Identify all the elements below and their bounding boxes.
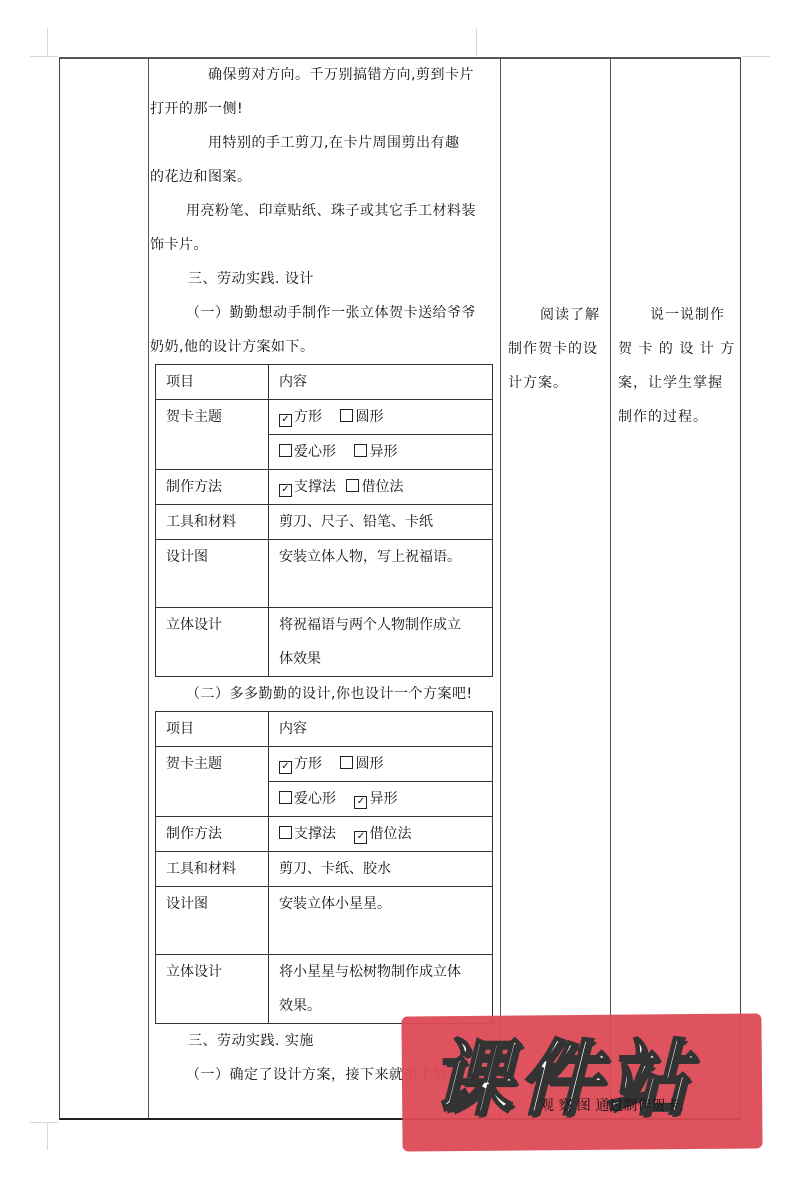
design-intent-line: 案，让学生掌握 <box>618 366 736 400</box>
page-corner-mark <box>476 28 477 56</box>
diagram-label: 设计图 <box>156 540 269 608</box>
theme-label: 贺卡主题 <box>156 400 269 470</box>
option-heart[interactable]: 爱心形 <box>279 444 336 460</box>
column-divider <box>500 59 501 1118</box>
checkbox-empty-icon <box>340 409 353 422</box>
design-intent-line: 贺 卡 的 设 计 方 <box>618 332 736 366</box>
checkbox-empty-icon <box>346 479 359 492</box>
bottom-overlap-text: 观 察 图 通过制作贺卡, <box>540 1096 684 1116</box>
option-support[interactable]: 支撑法 <box>279 826 336 842</box>
option-round[interactable]: 圆形 <box>340 756 383 772</box>
option-borrow[interactable]: ✓借位法 <box>354 826 411 842</box>
three-d-label: 立体设计 <box>156 608 269 677</box>
paragraph: 打开的那一侧! <box>148 92 500 126</box>
student-activity-column: 阅读了解 制作贺卡的设 计方案。 <box>508 298 604 400</box>
option-heart[interactable]: 爱心形 <box>279 791 336 807</box>
method-label: 制作方法 <box>156 817 269 852</box>
paragraph: 饰卡片。 <box>148 228 500 262</box>
three-d-value-line: 将祝福语与两个人物制作成立 <box>279 608 482 642</box>
student-activity-line: 制作贺卡的设 <box>508 332 604 366</box>
checkbox-checked-icon: ✓ <box>279 414 292 427</box>
three-d-value-line: 将小星星与松树物制作成立体 <box>279 955 482 989</box>
three-d-value: 将祝福语与两个人物制作成立 体效果 <box>269 608 493 677</box>
method-label: 制作方法 <box>156 470 269 505</box>
checkbox-checked-icon: ✓ <box>279 484 292 497</box>
diagram-label: 设计图 <box>156 887 269 955</box>
design-plan-table-2: 项目 内容 贺卡主题 ✓方形 圆形 爱心形 ✓异形 制作方法 支撑法 ✓借位法 … <box>155 711 493 1024</box>
section-heading: 三、劳动实践. 设计 <box>148 262 500 296</box>
option-round[interactable]: 圆形 <box>340 409 383 425</box>
checkbox-empty-icon <box>279 791 292 804</box>
option-borrow[interactable]: 借位法 <box>346 479 403 495</box>
option-irregular[interactable]: ✓异形 <box>354 791 397 807</box>
checkbox-empty-icon <box>354 444 367 457</box>
method-options: 支撑法 ✓借位法 <box>269 817 493 852</box>
option-square[interactable]: ✓方形 <box>279 409 322 425</box>
header-content: 内容 <box>269 712 493 747</box>
paragraph: 确保剪对方向。千万别搞错方向,剪到卡片 <box>148 58 500 92</box>
option-square[interactable]: ✓方形 <box>279 756 322 772</box>
option-irregular[interactable]: 异形 <box>354 444 397 460</box>
design-intent-line: 说一说制作 <box>618 298 736 332</box>
option-support[interactable]: ✓支撑法 <box>279 479 336 495</box>
checkbox-checked-icon: ✓ <box>279 761 292 774</box>
checkbox-checked-icon: ✓ <box>354 796 367 809</box>
diagram-value: 安装立体人物，写上祝福语。 <box>269 540 493 608</box>
three-d-value: 将小星星与松树物制作成立体 效果。 <box>269 955 493 1024</box>
theme-options-row: ✓方形 圆形 <box>269 747 493 782</box>
page-corner-mark <box>47 1122 48 1150</box>
paragraph: （一）勤勤想动手制作一张立体贺卡送给爷爷 <box>148 296 500 330</box>
column-divider <box>610 59 611 1118</box>
page-corner-mark <box>30 56 58 57</box>
design-plan-table-1: 项目 内容 贺卡主题 ✓方形 圆形 爱心形 异形 制作方法 ✓支撑法 借位法 工… <box>155 364 493 677</box>
header-item: 项目 <box>156 712 269 747</box>
paragraph: 的花边和图案。 <box>148 160 500 194</box>
paragraph: 用亮粉笔、印章贴纸、珠子或其它手工材料装 <box>148 194 500 228</box>
tools-label: 工具和材料 <box>156 852 269 887</box>
student-activity-line: 计方案。 <box>508 366 604 400</box>
design-intent-column: 说一说制作 贺 卡 的 设 计 方 案，让学生掌握 制作的过程。 <box>618 298 736 434</box>
diagram-value: 安装立体小星星。 <box>269 887 493 955</box>
paragraph: 奶奶,他的设计方案如下。 <box>148 330 500 364</box>
page-corner-mark <box>47 28 48 56</box>
theme-options-row: ✓方形 圆形 <box>269 400 493 435</box>
design-intent-line: 制作的过程。 <box>618 400 736 434</box>
tools-value: 剪刀、尺子、铅笔、卡纸 <box>269 505 493 540</box>
student-activity-line: 阅读了解 <box>508 298 604 332</box>
checkbox-empty-icon <box>279 826 292 839</box>
three-d-label: 立体设计 <box>156 955 269 1024</box>
paragraph: 用特别的手工剪刀,在卡片周围剪出有趣 <box>148 126 500 160</box>
checkbox-empty-icon <box>279 444 292 457</box>
theme-options-row: 爱心形 ✓异形 <box>269 782 493 817</box>
checkbox-checked-icon: ✓ <box>354 831 367 844</box>
page-corner-mark <box>742 56 770 57</box>
three-d-value-line: 体效果 <box>279 642 482 676</box>
method-options: ✓支撑法 借位法 <box>269 470 493 505</box>
header-content: 内容 <box>269 365 493 400</box>
paragraph: （二）多多勤勤的设计,你也设计一个方案吧! <box>148 677 500 711</box>
checkbox-empty-icon <box>340 756 353 769</box>
tools-label: 工具和材料 <box>156 505 269 540</box>
theme-options-row: 爱心形 异形 <box>269 435 493 470</box>
teaching-content-column: 确保剪对方向。千万别搞错方向,剪到卡片 打开的那一侧! 用特别的手工剪刀,在卡片… <box>148 58 500 1092</box>
tools-value: 剪刀、卡纸、胶水 <box>269 852 493 887</box>
theme-label: 贺卡主题 <box>156 747 269 817</box>
header-item: 项目 <box>156 365 269 400</box>
page-corner-mark <box>30 1122 58 1123</box>
